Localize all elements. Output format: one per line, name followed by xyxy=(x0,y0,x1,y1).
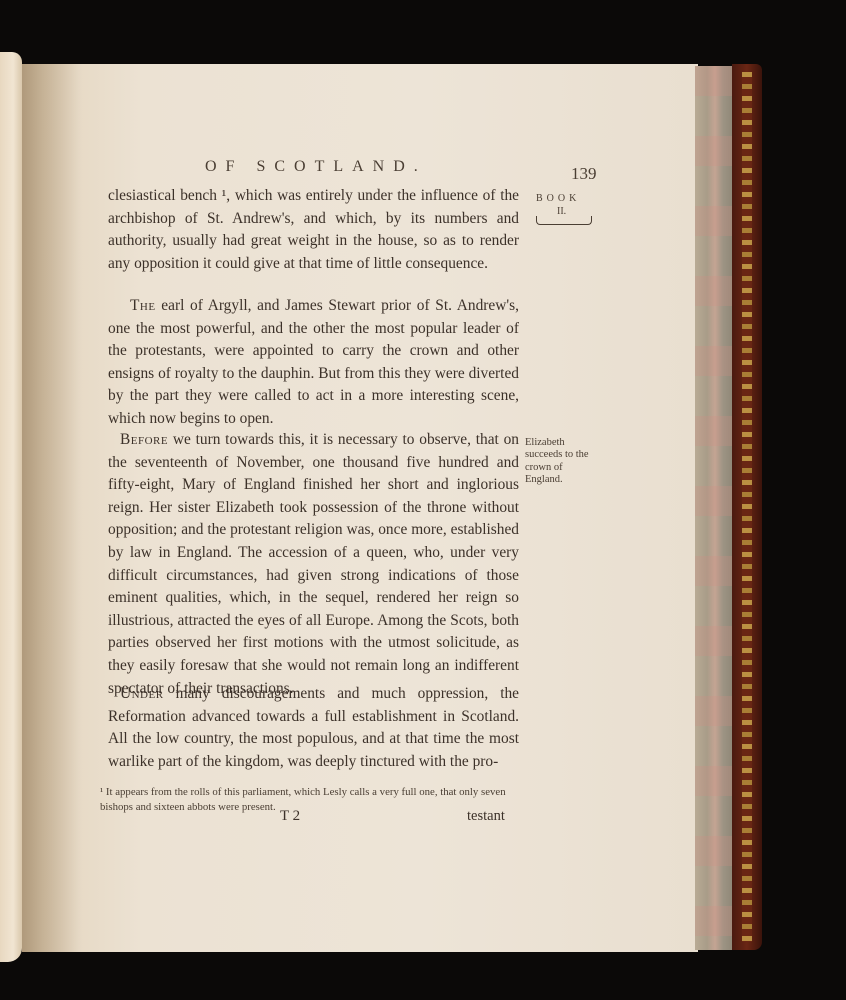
margin-note: Elizabeth succeeds to the crown of Engla… xyxy=(525,437,595,487)
marbled-fore-edge xyxy=(695,66,735,950)
paragraph-1: clesiastical bench ¹, which was entirely… xyxy=(108,185,519,275)
paragraph-text: many discouragements and much oppression… xyxy=(108,685,519,770)
paragraph-lead: Under xyxy=(120,685,164,702)
paragraph-lead: Before xyxy=(120,431,168,448)
book-label: BOOK xyxy=(536,193,580,204)
running-head: OF SCOTLAND. xyxy=(205,158,427,176)
paragraph-text: earl of Argyll, and James Stewart prior … xyxy=(108,297,519,427)
brace-decoration xyxy=(536,216,592,225)
gilt-tooling-border xyxy=(742,72,752,942)
paragraph-text: we turn towards this, it is necessary to… xyxy=(108,431,519,697)
paragraph-text: clesiastical bench ¹, which was entirely… xyxy=(108,187,519,272)
catchword: testant xyxy=(467,808,505,825)
paragraph-4: Under many discouragements and much oppr… xyxy=(108,683,519,773)
footnote-text: ¹ It appears from the rolls of this parl… xyxy=(100,785,520,814)
paragraph-2: The earl of Argyll, and James Stewart pr… xyxy=(108,295,519,431)
left-page-leaf xyxy=(0,52,22,962)
footnote: ¹ It appears from the rolls of this parl… xyxy=(100,785,520,814)
signature-mark: T 2 xyxy=(280,808,300,825)
paragraph-3: Before we turn towards this, it is neces… xyxy=(108,429,519,700)
page-number: 139 xyxy=(571,164,597,184)
page-gutter-shadow xyxy=(22,64,82,952)
paragraph-lead: The xyxy=(130,297,156,314)
